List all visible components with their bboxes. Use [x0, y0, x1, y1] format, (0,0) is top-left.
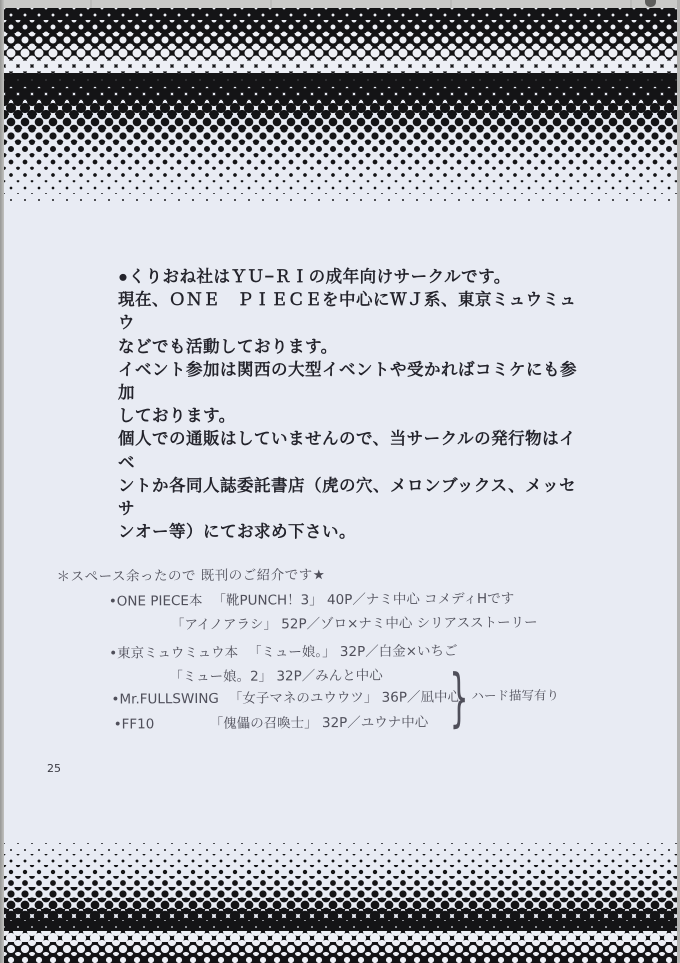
- halftone-strip: [4, 931, 677, 942]
- book-info: 「アイノアラシ」 52P／ゾロ×ナミ中心 シリアスストーリー: [171, 615, 538, 634]
- page-number: 25: [47, 762, 61, 775]
- halftone-strip: [4, 920, 677, 931]
- series-label: •ONE PIECE本: [109, 593, 203, 610]
- halftone-strip: [4, 865, 677, 876]
- paper-page: ●くりおね社はＹＵ−ＲＩの成年向けサークルです。 現在、ＯＮＥ ＰＩＥＣＥを中心…: [4, 8, 677, 963]
- series-label: •東京ミュウミュウ本: [109, 645, 238, 662]
- backlist-item-fullswing: •Mr.FULLSWING「女子マネのユウウツ」 36P／凪中心: [111, 685, 461, 707]
- halftone-strip: [4, 942, 677, 953]
- halftone-strip: [4, 854, 677, 865]
- handwritten-section: ＊スペース余ったので 既刊のご紹介です★ •ONE PIECE本「靴PUNCH！…: [1, 6, 680, 963]
- backlist-item-one-piece: •ONE PIECE本「靴PUNCH！3」 40P／ナミ中心 コメディHです: [109, 587, 515, 610]
- halftone-strip: [4, 953, 677, 963]
- book-info: 「ミュー娘。」 32P／白金×いちご: [248, 643, 458, 660]
- book-info: 「傀儡の召喚士」 32P／ユウナ中心: [210, 714, 429, 732]
- scanner-edge-left: [0, 0, 4, 963]
- book-info: 「ミュー娘。2」 32P／みんと中心: [169, 668, 383, 685]
- halftone-strip: [4, 876, 677, 887]
- halftone-strip: [4, 898, 677, 909]
- halftone-strip: [4, 909, 677, 920]
- series-label: •FF10: [114, 716, 200, 733]
- series-label: •Mr.FULLSWING: [111, 691, 218, 708]
- backlist-item-one-piece-2: 「アイノアラシ」 52P／ゾロ×ナミ中心 シリアスストーリー: [171, 611, 538, 634]
- halftone-strip: [4, 843, 677, 854]
- backlist-item-mew-mew-2: 「ミュー娘。2」 32P／みんと中心: [169, 664, 383, 685]
- brace-note: ハード描写有り: [471, 685, 559, 704]
- halftone-strip: [4, 887, 677, 898]
- scanned-doujinshi-page: { "colors": { "paper": "#e8ebf3", "ink":…: [0, 0, 680, 963]
- book-info: 「靴PUNCH！3」 40P／ナミ中心 コメディHです: [212, 591, 514, 609]
- backlist-item-ff10: •FF10「傀儡の召喚士」 32P／ユウナ中心: [114, 710, 429, 732]
- backlist-item-mew-mew: •東京ミュウミュウ本「ミュー娘。」 32P／白金×いちご: [109, 639, 457, 661]
- curly-brace-icon: }: [449, 662, 469, 736]
- backlist-header: ＊スペース余ったので 既刊のご紹介です★: [57, 563, 326, 585]
- halftone-bottom: [4, 843, 677, 963]
- book-info: 「女子マネのユウウツ」 36P／凪中心: [229, 689, 461, 707]
